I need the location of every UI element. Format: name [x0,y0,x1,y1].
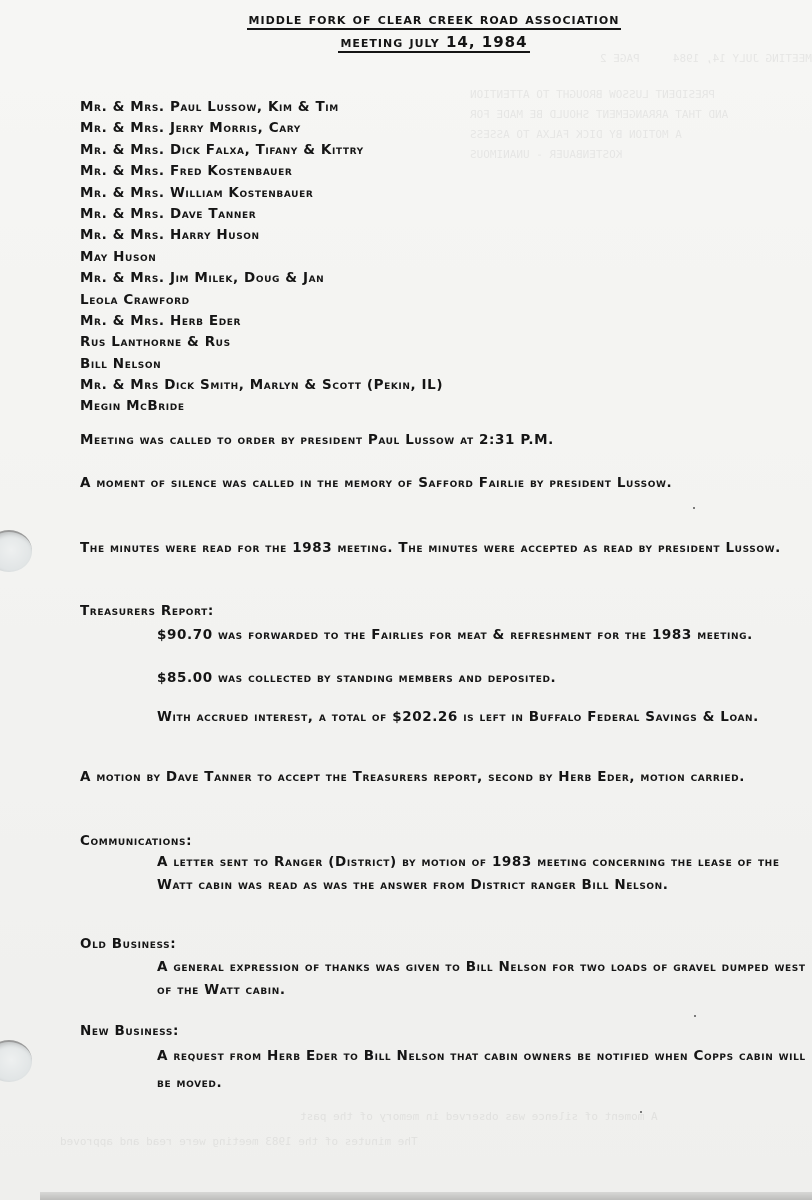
bleed-through-text: PRESIDENT LUSSOW BROUGHT TO ATTENTION [470,88,715,101]
attendee: Mr. & Mrs. Paul Lussow, Kim & Tim [80,97,443,118]
motion-paragraph: A motion by Dave Tanner to accept the Tr… [80,766,800,789]
old-business-heading: Old Business: [80,936,176,952]
attendee: Mr. & Mrs. Dick Falxa, Tifany & Kittry [80,140,443,161]
new-business-text: A request from Herb Eder to Bill Nelson … [157,1043,807,1097]
attendee: Mr. & Mrs Dick Smith, Marlyn & Scott (Pe… [80,375,443,396]
binder-hole [0,530,32,572]
attendee: Mr. & Mrs. William Kostenbauer [80,183,443,204]
page-bottom-edge [40,1192,812,1200]
attendee: Mr. & Mrs. Fred Kostenbauer [80,161,443,182]
bleed-through-text: AND THAT ARRANGEMENT SHOULD BE MADE FOR [470,108,728,121]
meeting-date-heading: Meeting July 14, 1984 [28,33,812,51]
paper-speck [694,1015,696,1017]
treasurers-report-item: With accrued interest, a total of $202.2… [157,706,807,729]
communications-heading: Communications: [80,833,192,849]
attendee: Mr. & Mrs. Harry Huson [80,225,443,246]
attendee: Mr. & Mrs. Dave Tanner [80,204,443,225]
attendee: Rus Lanthorne & Rus [80,332,443,353]
attendee: Megin McBride [80,396,443,417]
minutes-paragraph: The minutes were read for the 1983 meeti… [80,537,800,560]
treasurers-report-item: $85.00 was collected by standing members… [157,667,807,690]
treasurers-report-item: $90.70 was forwarded to the Fairlies for… [157,624,807,647]
new-business-heading: New Business: [80,1023,179,1039]
document-title: Middle Fork of Clear Creek Road Associat… [28,10,812,28]
bleed-through-text: The minutes of the 1983 meeting were rea… [60,1135,418,1148]
attendee: Mr. & Mrs. Jim Milek, Doug & Jan [80,268,443,289]
attendee-list: Mr. & Mrs. Paul Lussow, Kim & Tim Mr. & … [80,97,443,418]
attendee: Mr. & Mrs. Jerry Morris, Cary [80,118,443,139]
attendee: May Huson [80,247,443,268]
old-business-text: A general expression of thanks was given… [157,956,807,1002]
bleed-through-text: KOSTENBAUER - UNANIMOUS [470,148,622,161]
bleed-through-text: MEETING JULY 14, 1984 PAGE 2 [600,52,812,65]
bleed-through-text: A moment of silence was observed in memo… [300,1110,658,1123]
document-page: MEETING JULY 14, 1984 PAGE 2 PRESIDENT L… [0,0,812,1200]
attendee: Mr. & Mrs. Herb Eder [80,311,443,332]
attendee: Leola Crawford [80,290,443,311]
paper-speck [693,507,695,509]
moment-of-silence-paragraph: A moment of silence was called in the me… [80,472,800,495]
treasurers-report-heading: Treasurers Report: [80,603,214,619]
call-to-order-paragraph: Meeting was called to order by president… [80,429,800,452]
bleed-through-text: A MOTION BY DICK FALXA TO ASSESS [470,128,682,141]
communications-text: A letter sent to Ranger (District) by mo… [157,851,807,897]
binder-hole [0,1040,32,1082]
paper-speck [640,1111,642,1113]
attendee: Bill Nelson [80,354,443,375]
